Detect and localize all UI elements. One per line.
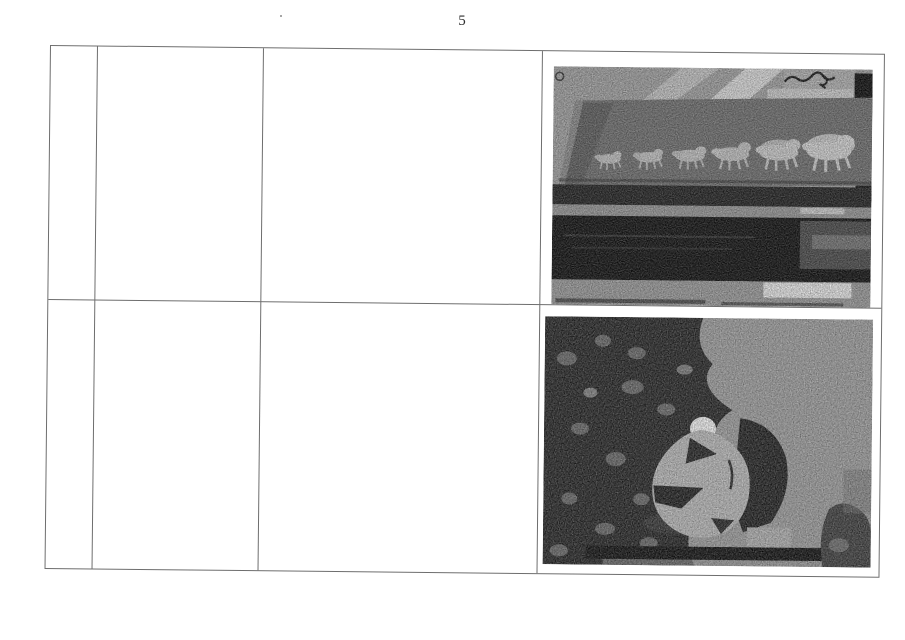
document-table [45, 45, 885, 578]
table-cell-r2c2 [93, 300, 261, 570]
table-cell-r2c1 [46, 300, 95, 568]
table-cell-r1c3 [261, 48, 542, 304]
table-cell-r2c3 [259, 302, 540, 573]
scan-speck [280, 15, 282, 17]
mural-photo [551, 66, 872, 307]
table-cell-r1c1 [48, 46, 97, 299]
sculpture-photo [543, 316, 874, 567]
page-number: 5 [450, 13, 474, 30]
table-cell-r1c2 [95, 47, 263, 302]
